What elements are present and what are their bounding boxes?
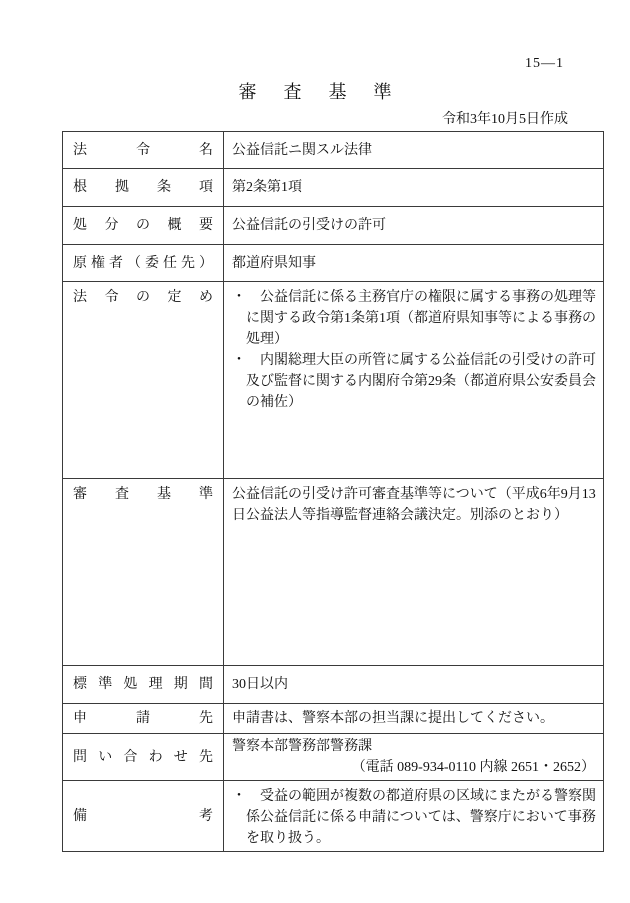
table-row-law-name: 法令名 公益信託ニ関スル法律 (63, 132, 604, 169)
row-label-law-name: 法令名 (63, 132, 224, 169)
legal-provision-item: ・内閣総理大臣の所管に属する公益信託の引受けの許可及び監督に関する内閣府令第29… (232, 350, 597, 413)
table-row-remarks: 備考 ・受益の範囲が複数の都道府県の区域にまたがる警察関係公益信託に係る申請につ… (63, 781, 604, 852)
row-label-contact: 問い合わせ先 (63, 734, 224, 781)
table-row-application-destination: 申請先 申請書は、警察本部の担当課に提出してください。 (63, 704, 604, 734)
row-label-examination-criteria: 審査基準 (63, 479, 224, 666)
row-label-legal-provisions: 法令の定め (63, 282, 224, 479)
legal-provision-item: ・公益信託に係る主務官庁の権限に属する事務の処理等に関する政令第1条第1項（都道… (232, 287, 597, 350)
row-value-law-name: 公益信託ニ関スル法律 (224, 132, 604, 169)
remarks-text: 受益の範囲が複数の都道府県の区域にまたがる警察関係公益信託に係る申請については、… (246, 789, 596, 846)
row-value-examination-criteria: 公益信託の引受け許可審査基準等について（平成6年9月13日公益法人等指導監督連絡… (224, 479, 604, 666)
row-label-application-destination: 申請先 (63, 704, 224, 734)
table-row-standard-processing-period: 標準処理期間 30日以内 (63, 666, 604, 704)
table-row-examination-criteria: 審査基準 公益信託の引受け許可審査基準等について（平成6年9月13日公益法人等指… (63, 479, 604, 666)
legal-provision-text: 公益信託に係る主務官庁の権限に属する事務の処理等に関する政令第1条第1項（都道府… (246, 290, 596, 347)
document-page: 15—1 審査基準 令和3年10月5日作成 法令名 公益信託ニ関スル法律 根拠条… (0, 0, 630, 903)
row-value-standard-processing-period: 30日以内 (224, 666, 604, 704)
row-value-disposition-summary: 公益信託の引受けの許可 (224, 207, 604, 245)
row-value-application-destination: 申請書は、警察本部の担当課に提出してください。 (224, 704, 604, 734)
bullet-dot: ・ (232, 789, 246, 804)
row-label-remarks: 備考 (63, 781, 224, 852)
row-label-standard-processing-period: 標準処理期間 (63, 666, 224, 704)
row-value-contact: 警察本部警務部警務課 （電話 089-934-0110 内線 2651・2652… (224, 734, 604, 781)
row-value-remarks: ・受益の範囲が複数の都道府県の区域にまたがる警察関係公益信託に係る申請については… (224, 781, 604, 852)
bullet-dot: ・ (232, 353, 246, 368)
contact-office: 警察本部警務部警務課 (232, 736, 597, 757)
row-label-disposition-summary: 処分の概要 (63, 207, 224, 245)
table-row-disposition-summary: 処分の概要 公益信託の引受けの許可 (63, 207, 604, 245)
row-value-legal-basis: 第2条第1項 (224, 169, 604, 207)
table-row-original-authority: 原権者（委任先） 都道府県知事 (63, 245, 604, 282)
creation-date: 令和3年10月5日作成 (0, 108, 568, 128)
row-value-legal-provisions: ・公益信託に係る主務官庁の権限に属する事務の処理等に関する政令第1条第1項（都道… (224, 282, 604, 479)
remarks-item: ・受益の範囲が複数の都道府県の区域にまたがる警察関係公益信託に係る申請については… (232, 786, 597, 849)
table-row-contact: 問い合わせ先 警察本部警務部警務課 （電話 089-934-0110 内線 26… (63, 734, 604, 781)
legal-provision-text: 内閣総理大臣の所管に属する公益信託の引受けの許可及び監督に関する内閣府令第29条… (246, 353, 596, 410)
row-value-original-authority: 都道府県知事 (224, 245, 604, 282)
criteria-table: 法令名 公益信託ニ関スル法律 根拠条項 第2条第1項 処分の概要 公益信託の引受… (62, 131, 604, 852)
page-number: 15—1 (0, 56, 564, 72)
contact-phone: （電話 089-934-0110 内線 2651・2652） (232, 757, 597, 778)
row-label-original-authority: 原権者（委任先） (63, 245, 224, 282)
page-title: 審査基準 (0, 78, 630, 104)
table-row-legal-basis: 根拠条項 第2条第1項 (63, 169, 604, 207)
table-row-legal-provisions: 法令の定め ・公益信託に係る主務官庁の権限に属する事務の処理等に関する政令第1条… (63, 282, 604, 479)
bullet-dot: ・ (232, 290, 246, 305)
row-label-legal-basis: 根拠条項 (63, 169, 224, 207)
